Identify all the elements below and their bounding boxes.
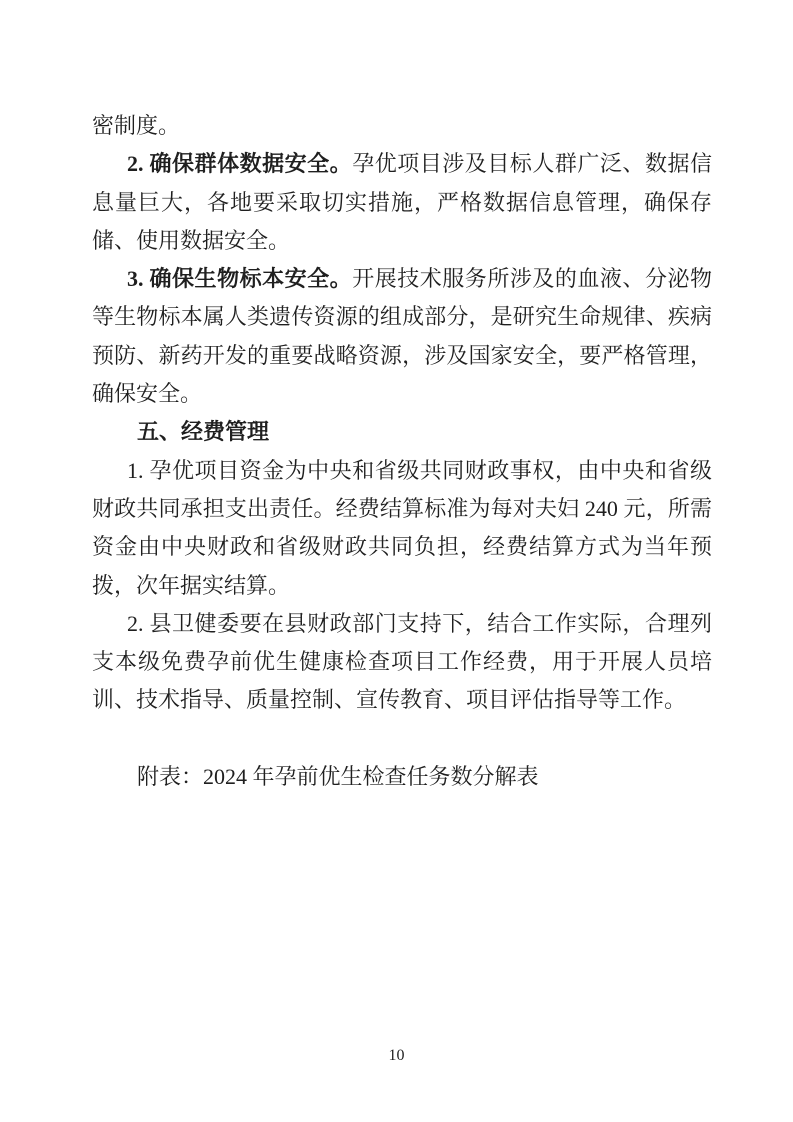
paragraph-bold-lead: 3. 确保生物标本安全。 [127, 266, 352, 291]
paragraph: 密制度。 [92, 107, 712, 145]
section-heading: 五、经费管理 [92, 413, 712, 451]
paragraph: 2. 县卫健委要在县财政部门支持下，结合工作实际，合理列支本级免费孕前优生健康检… [92, 605, 712, 720]
attachment-reference: 附表：2024 年孕前优生检查任务数分解表 [92, 758, 712, 796]
document-body: 密制度。2. 确保群体数据安全。孕优项目涉及目标人群广泛、数据信息量巨大，各地要… [92, 107, 712, 796]
paragraph-bold-lead: 2. 确保群体数据安全。 [127, 151, 352, 176]
page-number: 10 [0, 1046, 793, 1066]
paragraph: 1. 孕优项目资金为中央和省级共同财政事权，由中央和省级财政共同承担支出责任。经… [92, 452, 712, 605]
paragraph: 3. 确保生物标本安全。开展技术服务所涉及的血液、分泌物等生物标本属人类遗传资源… [92, 260, 712, 413]
document-page: 密制度。2. 确保群体数据安全。孕优项目涉及目标人群广泛、数据信息量巨大，各地要… [0, 0, 793, 1122]
paragraph: 2. 确保群体数据安全。孕优项目涉及目标人群广泛、数据信息量巨大，各地要采取切实… [92, 145, 712, 260]
